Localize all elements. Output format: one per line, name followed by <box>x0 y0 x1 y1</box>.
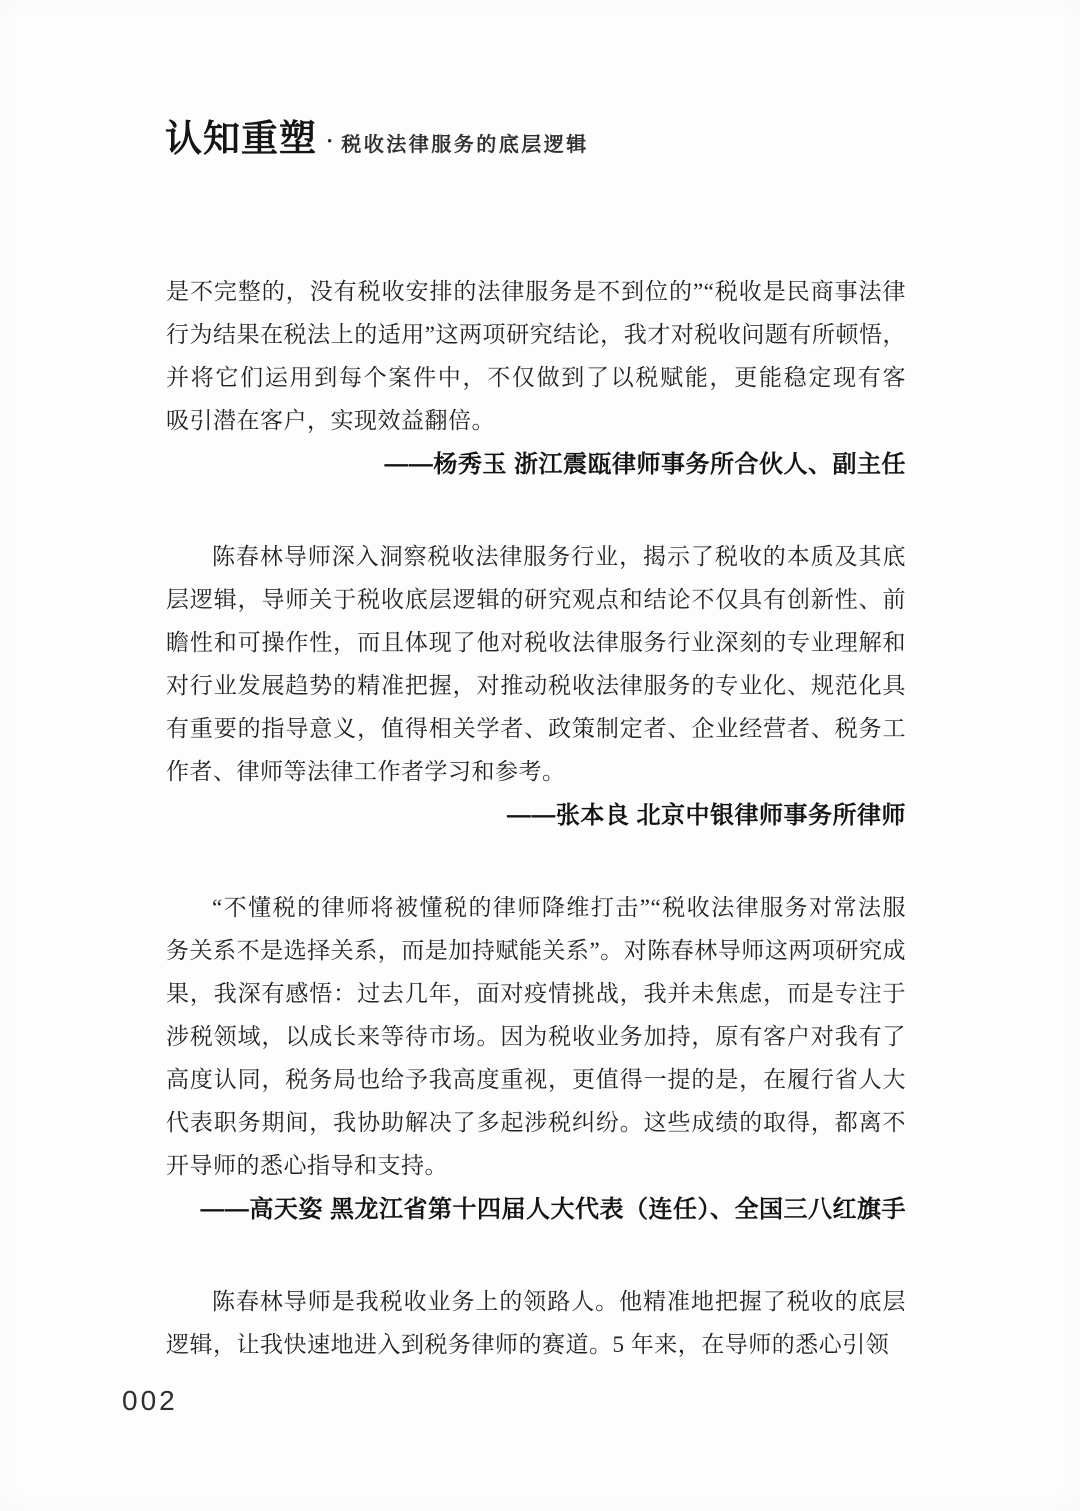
paragraph-line: 代表职务期间，我协助解决了多起涉税纠纷。这些成绩的取得，都离不 <box>166 1101 906 1144</box>
paragraph-line: 层逻辑，导师关于税收底层逻辑的研究观点和结论不仅具有创新性、前 <box>166 578 906 621</box>
paragraph-line: 吸引潜在客户，实现效益翻倍。 <box>166 399 906 442</box>
paragraph-line: 务关系不是选择关系，而是加持赋能关系”。对陈春林导师这两项研究成 <box>166 929 906 972</box>
attribution: ——杨秀玉 浙江震瓯律师事务所合伙人、副主任 <box>166 445 906 485</box>
paragraph-line: “不懂税的律师将被懂税的律师降维打击”“税收法律服务对常法服 <box>166 886 906 929</box>
book-title: 认知重塑 <box>165 118 317 162</box>
attribution: ——张本良 北京中银律师事务所律师 <box>166 796 906 836</box>
paragraph-line: 作者、律师等法律工作者学习和参考。 <box>166 750 906 793</box>
paragraph-line: 开导师的悉心指导和支持。 <box>166 1144 906 1187</box>
paragraph-line: 并将它们运用到每个案件中，不仅做到了以税赋能，更能稳定现有客户， <box>166 356 906 399</box>
running-header: 认知重塑 • 税收法律服务的底层逻辑 <box>165 118 589 162</box>
bullet-separator-icon: • <box>327 134 332 151</box>
paragraph-line: 陈春林导师是我税收业务上的领路人。他精准地把握了税收的底层 <box>166 1280 906 1323</box>
paragraph: 陈春林导师深入洞察税收法律服务行业，揭示了税收的本质及其底层逻辑，导师关于税收底… <box>166 535 906 793</box>
paragraph-line: 涉税领域，以成长来等待市场。因为税收业务加持，原有客户对我有了 <box>166 1015 906 1058</box>
paragraph: “不懂税的律师将被懂税的律师降维打击”“税收法律服务对常法服务关系不是选择关系，… <box>166 886 906 1187</box>
paragraph: 陈春林导师是我税收业务上的领路人。他精准地把握了税收的底层逻辑，让我快速地进入到… <box>166 1280 906 1366</box>
paragraph-line: 果，我深有感悟：过去几年，面对疫情挑战，我并未焦虑，而是专注于 <box>166 972 906 1015</box>
paragraph-line: 行为结果在税法上的适用”这两项研究结论，我才对税收问题有所顿悟， <box>166 313 906 356</box>
paragraph-line: 高度认同，税务局也给予我高度重视，更值得一提的是，在履行省人大 <box>166 1058 906 1101</box>
paragraph-line: 对行业发展趋势的精准把握，对推动税收法律服务的专业化、规范化具 <box>166 664 906 707</box>
paragraph-line: 陈春林导师深入洞察税收法律服务行业，揭示了税收的本质及其底 <box>166 535 906 578</box>
paragraph-line: 是不完整的，没有税收安排的法律服务是不到位的”“税收是民商事法律 <box>166 270 906 313</box>
page-body: 是不完整的，没有税收安排的法律服务是不到位的”“税收是民商事法律行为结果在税法上… <box>166 270 906 1366</box>
paragraph: 是不完整的，没有税收安排的法律服务是不到位的”“税收是民商事法律行为结果在税法上… <box>166 270 906 442</box>
book-page: 认知重塑 • 税收法律服务的底层逻辑 是不完整的，没有税收安排的法律服务是不到位… <box>0 0 1080 1511</box>
paragraph-line: 瞻性和可操作性，而且体现了他对税收法律服务行业深刻的专业理解和 <box>166 621 906 664</box>
paragraph-line: 有重要的指导意义，值得相关学者、政策制定者、企业经营者、税务工 <box>166 707 906 750</box>
attribution: ——高天姿 黑龙江省第十四届人大代表（连任）、全国三八红旗手 <box>166 1190 906 1230</box>
page-number: 002 <box>122 1385 178 1417</box>
paragraph-line: 逻辑，让我快速地进入到税务律师的赛道。5 年来，在导师的悉心引领 <box>166 1323 906 1366</box>
book-subtitle: 税收法律服务的底层逻辑 <box>341 128 589 157</box>
